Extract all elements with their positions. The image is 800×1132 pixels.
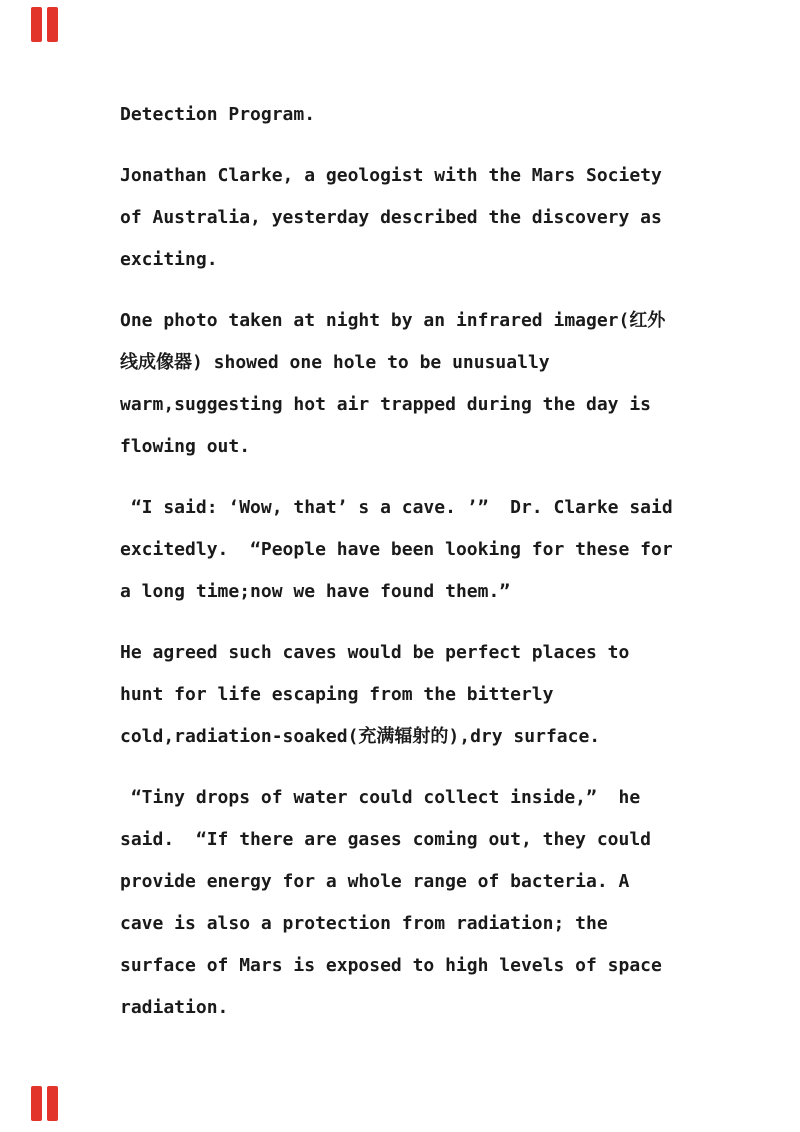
red-bar-icon [47, 7, 58, 42]
red-corner-mark-top [31, 7, 58, 42]
paragraph: Jonathan Clarke, a geologist with the Ma… [120, 155, 720, 281]
red-bar-icon [31, 1086, 42, 1121]
paragraph: “Tiny drops of water could collect insid… [120, 777, 720, 1029]
text-line: “I said: ‘Wow, that’ s a cave. ’” Dr. Cl… [120, 487, 720, 529]
red-corner-mark-bottom [31, 1086, 58, 1121]
document-body: Detection Program.Jonathan Clarke, a geo… [120, 94, 720, 1048]
text-line: He agreed such caves would be perfect pl… [120, 632, 720, 674]
text-line: radiation. [120, 987, 720, 1029]
paragraph: He agreed such caves would be perfect pl… [120, 632, 720, 758]
text-line: hunt for life escaping from the bitterly [120, 674, 720, 716]
paragraph: One photo taken at night by an infrared … [120, 300, 720, 468]
text-line: Detection Program. [120, 94, 720, 136]
document-page: Detection Program.Jonathan Clarke, a geo… [0, 0, 800, 1132]
text-line: cold,radiation-soaked(充满辐射的),dry surface… [120, 716, 720, 758]
text-line: One photo taken at night by an infrared … [120, 300, 720, 342]
text-line: exciting. [120, 239, 720, 281]
red-bar-icon [47, 1086, 58, 1121]
text-line: warm,suggesting hot air trapped during t… [120, 384, 720, 426]
text-line: Jonathan Clarke, a geologist with the Ma… [120, 155, 720, 197]
text-line: 线成像器) showed one hole to be unusually [120, 342, 720, 384]
text-line: of Australia, yesterday described the di… [120, 197, 720, 239]
text-line: provide energy for a whole range of bact… [120, 861, 720, 903]
text-line: “Tiny drops of water could collect insid… [120, 777, 720, 819]
text-line: said. “If there are gases coming out, th… [120, 819, 720, 861]
text-line: surface of Mars is exposed to high level… [120, 945, 720, 987]
paragraph: “I said: ‘Wow, that’ s a cave. ’” Dr. Cl… [120, 487, 720, 613]
paragraph: Detection Program. [120, 94, 720, 136]
red-bar-icon [31, 7, 42, 42]
text-line: a long time;now we have found them.” [120, 571, 720, 613]
text-line: flowing out. [120, 426, 720, 468]
text-line: cave is also a protection from radiation… [120, 903, 720, 945]
text-line: excitedly. “People have been looking for… [120, 529, 720, 571]
